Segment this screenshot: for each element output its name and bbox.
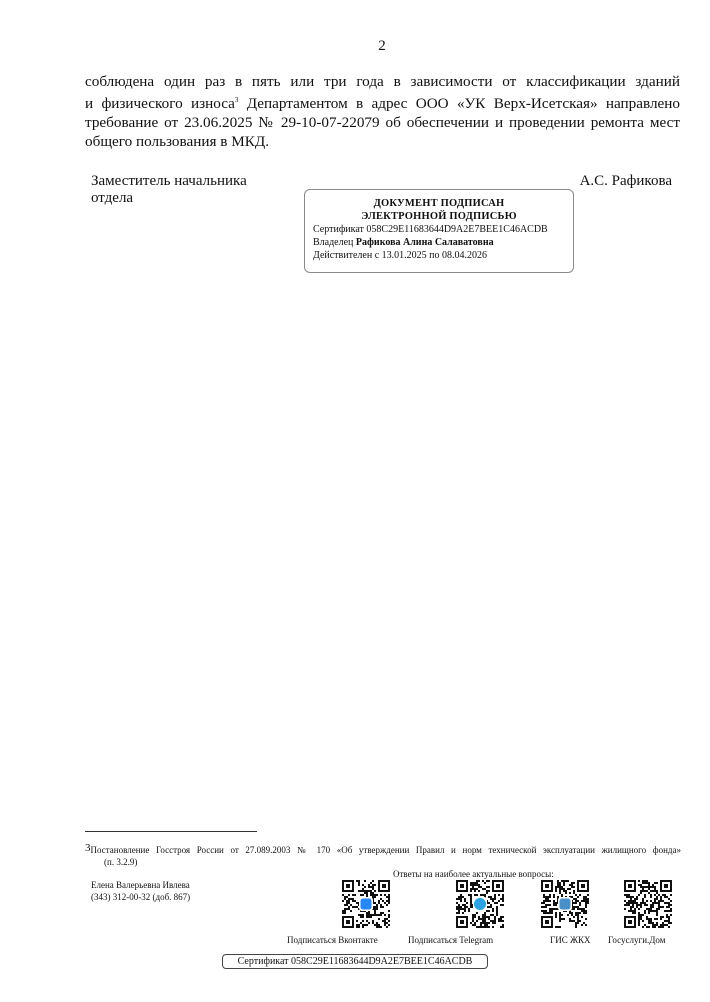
body-line: и физического износа3 Департаментом в ад… (85, 91, 680, 113)
qr-label-gis-zhkh[interactable]: ГИС ЖКХ (550, 935, 591, 945)
contact-info: Елена Валерьевна Ивлева (343) 312-00-32 … (91, 879, 190, 903)
footnote: 3Постановление Госстроя России от 27.089… (85, 842, 681, 857)
electronic-signature-stamp: ДОКУМЕНТ ПОДПИСАН ЭЛЕКТРОННОЙ ПОДПИСЬЮ С… (304, 189, 574, 273)
signer-position: Заместитель начальника отдела (91, 173, 247, 207)
footnote-reference[interactable]: 3 (235, 96, 239, 104)
body-paragraph: соблюдена один раз в пять или три года в… (85, 72, 680, 151)
vk-icon (361, 899, 372, 910)
qr-code-telegram[interactable] (456, 880, 504, 928)
qr-heading: Ответы на наиболее актуальные вопросы: (393, 869, 554, 879)
stamp-certificate: Сертификат 058C29E11683644D9A2E7BEE1C46A… (313, 223, 573, 236)
signer-name: А.С. Рафикова (580, 173, 672, 190)
body-line: общего пользования в МКД. (85, 132, 680, 151)
stamp-title: ДОКУМЕНТ ПОДПИСАН ЭЛЕКТРОННОЙ ПОДПИСЬЮ (305, 197, 573, 223)
qr-code-gosuslugi-dom[interactable] (624, 880, 672, 928)
footnote-separator (85, 831, 257, 832)
qr-label-telegram[interactable]: Подписаться Telegram (408, 935, 493, 945)
body-line: соблюдена один раз в пять или три года в… (85, 72, 680, 91)
qr-code-gis-zhkh[interactable] (541, 880, 589, 928)
stamp-validity: Действителен с 13.01.2025 по 08.04.2026 (313, 249, 573, 262)
contact-phone: (343) 312-00-32 (доб. 867) (91, 891, 190, 903)
body-line: требование от 23.06.2025 № 29-10-07-2207… (85, 113, 680, 132)
footer-certificate: Сертификат 058C29E11683644D9A2E7BEE1C46A… (222, 954, 488, 969)
gis-zhkh-icon (560, 899, 571, 910)
qr-label-gosuslugi-dom[interactable]: Госуслуги.Дом (608, 935, 665, 945)
qr-label-vk[interactable]: Подписаться Вконтакте (287, 935, 378, 945)
stamp-owner: Владелец Рафикова Алина Салаватовна (313, 236, 573, 249)
page-number: 2 (0, 38, 710, 55)
telegram-icon (474, 898, 486, 910)
contact-name: Елена Валерьевна Ивлева (91, 879, 190, 891)
qr-code-vk[interactable] (342, 880, 390, 928)
footnote-continuation: (п. 3.2.9) (104, 856, 137, 869)
